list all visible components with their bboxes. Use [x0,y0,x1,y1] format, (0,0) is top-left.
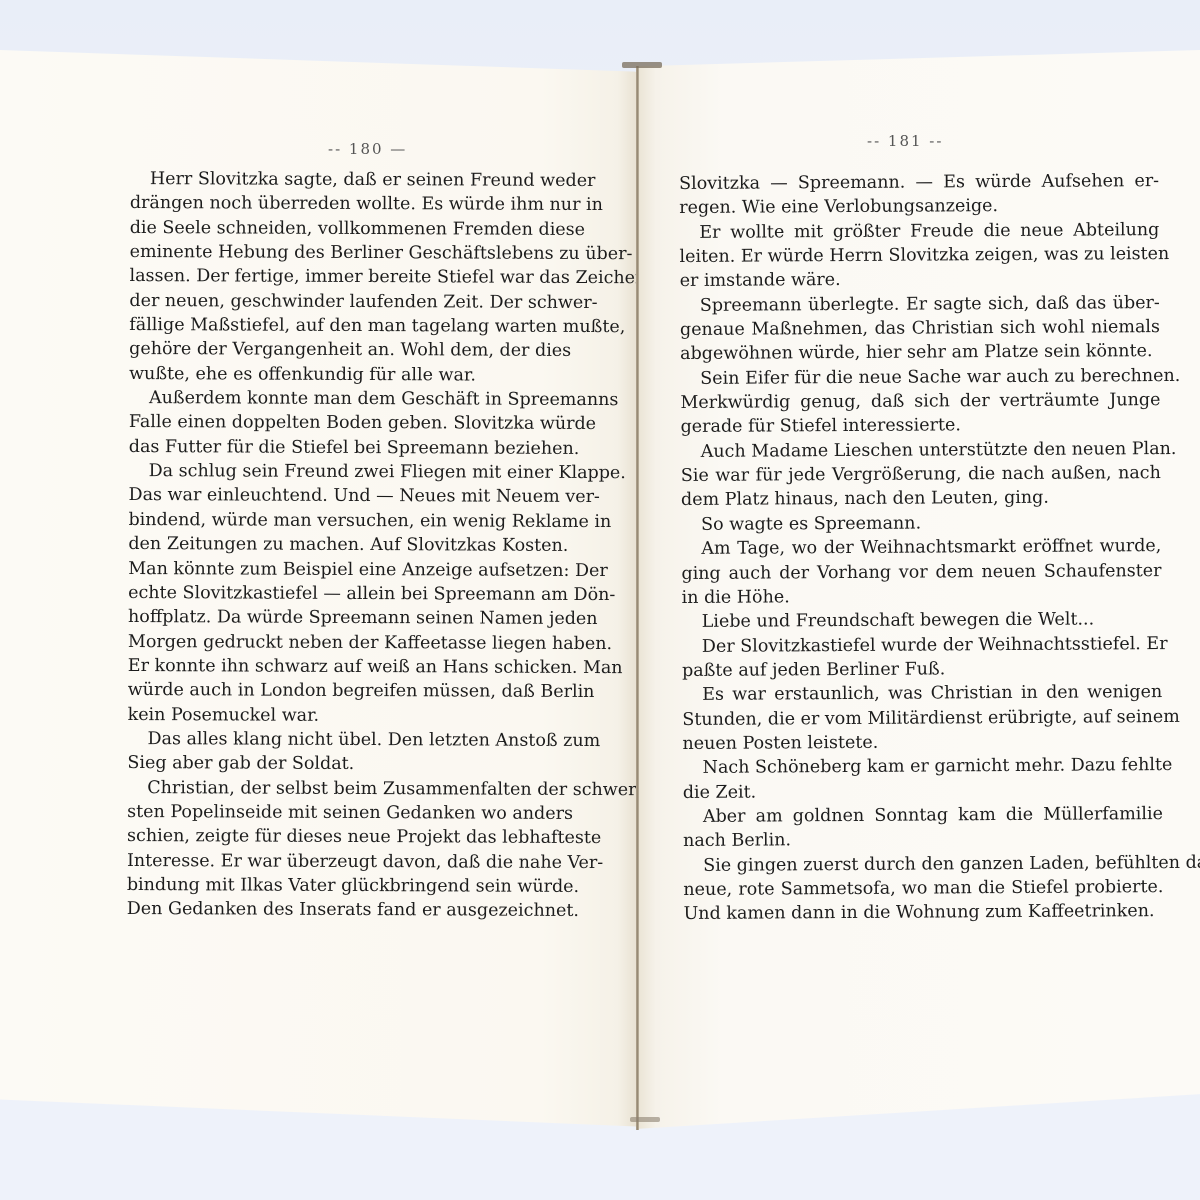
paragraph: Da schlug sein Freund zwei Fliegen mit e… [128,459,569,729]
text-line: Sein Eifer für die neue Sache war auch z… [680,364,1160,391]
paragraph: Außerdem konnte man dem Geschäft in Spre… [129,386,569,461]
text-line: der neuen, geschwinder laufenden Zeit. D… [129,289,569,315]
paragraph: Er wollte mit größter Freude die neue Ab… [679,218,1159,294]
text-line: Sieg aber gab der Soldat. [127,751,567,777]
page-number-181: -- 181 -- [867,132,943,150]
paragraph: Sein Eifer für die neue Sache war auch z… [680,364,1160,440]
text-line: Den Gedanken des Inserats fand er ausgez… [127,897,567,923]
text-line: das Futter für die Stiefel bei Spreemann… [129,435,569,461]
text-line: bindend, würde man versuchen, ein wenig … [128,508,568,534]
paragraph: Liebe und Freundschaft bewegen die Welt.… [682,607,1162,634]
left-page-text: Herr Slovitzka sagte, daß er seinen Freu… [127,167,570,924]
paragraph: Spreemann überlegte. Er sagte sich, daß … [680,291,1160,367]
text-line: Es war erstaunlich, was Christian in den… [682,680,1162,707]
right-page-text: Slovitzka — Spreemann. — Es würde Aufseh… [679,169,1164,927]
paragraph: Nach Schöneberg kam er garnicht mehr. Da… [683,753,1163,805]
text-line: Sie gingen zuerst durch den ganzen Laden… [683,851,1163,878]
text-line: Morgen gedruckt neben der Kaffeetasse li… [128,630,568,656]
spine-tailband [630,1117,660,1122]
text-line: neue, rote Sammetsofa, wo man die Stiefe… [683,875,1163,902]
paragraph: Das alles klang nicht übel. Den letzten … [127,727,567,778]
text-line: Herr Slovitzka sagte, daß er seinen Freu… [130,167,570,193]
text-line: Slovitzka — Spreemann. — Es würde Aufseh… [679,169,1159,196]
text-line: bindung mit Ilkas Vater glückbringend se… [127,873,567,899]
text-line: Merkwürdig genug, daß sich der verträumt… [680,388,1160,415]
text-line: sten Popelinseide mit seinen Gedanken wo… [127,800,567,826]
text-line: neuen Posten leistete. [682,729,1162,756]
paragraph: Christian, der selbst beim Zusammenfalte… [127,776,568,924]
paragraph: Auch Madame Lieschen unterstützte den ne… [681,437,1161,513]
book-spine-gutter [636,66,639,1130]
paragraph: Es war erstaunlich, was Christian in den… [682,680,1162,756]
text-line: Nach Schöneberg kam er garnicht mehr. Da… [683,753,1163,780]
spine-headband [622,62,662,68]
text-line: Sie war für jede Vergrößerung, die nach … [681,461,1161,488]
paragraph: Der Slovitzkastiefel wurde der Weihnacht… [682,632,1162,684]
text-line: lassen. Der fertige, immer bereite Stief… [129,264,569,290]
page-number-180: -- 180 — [328,140,407,158]
paragraph: Am Tage, wo der Weihnachtsmarkt eröffnet… [681,534,1161,610]
text-line: wußte, ehe es offenkundig für alle war. [129,362,569,388]
text-line: Man könnte zum Beispiel eine Anzeige auf… [128,556,568,582]
text-line: paßte auf jeden Berliner Fuß. [682,656,1162,683]
text-line: kein Posemuckel war. [128,703,568,729]
text-line: würde auch in London begreifen müssen, d… [128,678,568,704]
right-page: -- 181 -- Slovitzka — Spreemann. — Es wü… [639,50,1200,1132]
text-line: drängen noch überreden wollte. Es würde … [130,191,570,217]
text-line: dem Platz hinaus, nach den Leuten, ging. [681,486,1161,513]
paragraph: Slovitzka — Spreemann. — Es würde Aufseh… [679,169,1159,221]
text-line: Er konnte ihn schwarz auf weiß an Hans s… [128,654,568,680]
text-line: genaue Maßnehmen, das Christian sich woh… [680,315,1160,342]
text-line: die Seele schneiden, vollkommenen Fremde… [130,216,570,242]
text-line: Christian, der selbst beim Zusammenfalte… [127,776,567,802]
text-line: Aber am goldnen Sonntag kam die Müllerfa… [683,802,1163,829]
text-line: Er wollte mit größter Freude die neue Ab… [679,218,1159,245]
text-line: So wagte es Spreemann. [681,510,1161,537]
open-book: -- 180 — Herr Slovitzka sagte, daß er se… [0,0,1200,1200]
text-line: Der Slovitzkastiefel wurde der Weihnacht… [682,632,1162,659]
text-line: Das war einleuchtend. Und — Neues mit Ne… [129,483,569,509]
text-line: Außerdem konnte man dem Geschäft in Spre… [129,386,569,412]
text-line: Auch Madame Lieschen unterstützte den ne… [681,437,1161,464]
text-line: Stunden, die er vom Militärdienst erübri… [682,705,1162,732]
text-line: ging auch der Vorhang vor dem neuen Scha… [681,559,1161,586]
text-line: echte Slovitzkastiefel — allein bei Spre… [128,581,568,607]
text-line: fällige Maßstiefel, auf den man tagelang… [129,313,569,339]
text-line: nach Berlin. [683,826,1163,853]
text-line: Falle einen doppelten Boden geben. Slovi… [129,410,569,436]
left-page: -- 180 — Herr Slovitzka sagte, daß er se… [0,50,637,1132]
text-line: gerade für Stiefel interessierte. [680,413,1160,440]
text-line: die Zeit. [683,778,1163,805]
paragraph: Sie gingen zuerst durch den ganzen Laden… [683,851,1163,927]
text-line: hoffplatz. Da würde Spreemann seinen Nam… [128,605,568,631]
text-line: leiten. Er würde Herrn Slovitzka zeigen,… [679,242,1159,269]
text-line: abgewöhnen würde, hier sehr am Platze se… [680,339,1160,366]
text-line: Da schlug sein Freund zwei Fliegen mit e… [129,459,569,485]
text-line: Und kamen dann in die Wohnung zum Kaffee… [683,899,1163,926]
text-line: Am Tage, wo der Weihnachtsmarkt eröffnet… [681,534,1161,561]
paragraph: Aber am goldnen Sonntag kam die Müllerfa… [683,802,1163,854]
text-line: schien, zeigte für dieses neue Projekt d… [127,824,567,850]
text-line: Interesse. Er war überzeugt davon, daß d… [127,849,567,875]
paragraph: So wagte es Spreemann. [681,510,1161,537]
text-line: Spreemann überlegte. Er sagte sich, daß … [680,291,1160,318]
text-line: Das alles klang nicht übel. Den letzten … [127,727,567,753]
text-line: Liebe und Freundschaft bewegen die Welt.… [682,607,1162,634]
text-line: den Zeitungen zu machen. Auf Slovitzkas … [128,532,568,558]
text-line: er imstande wäre. [680,266,1160,293]
text-line: gehöre der Vergangenheit an. Wohl dem, d… [129,337,569,363]
paragraph: Herr Slovitzka sagte, daß er seinen Freu… [129,167,570,388]
text-line: regen. Wie eine Verlobungsanzeige. [679,193,1159,220]
text-line: in die Höhe. [682,583,1162,610]
text-line: eminente Hebung des Berliner Geschäftsle… [130,240,570,266]
